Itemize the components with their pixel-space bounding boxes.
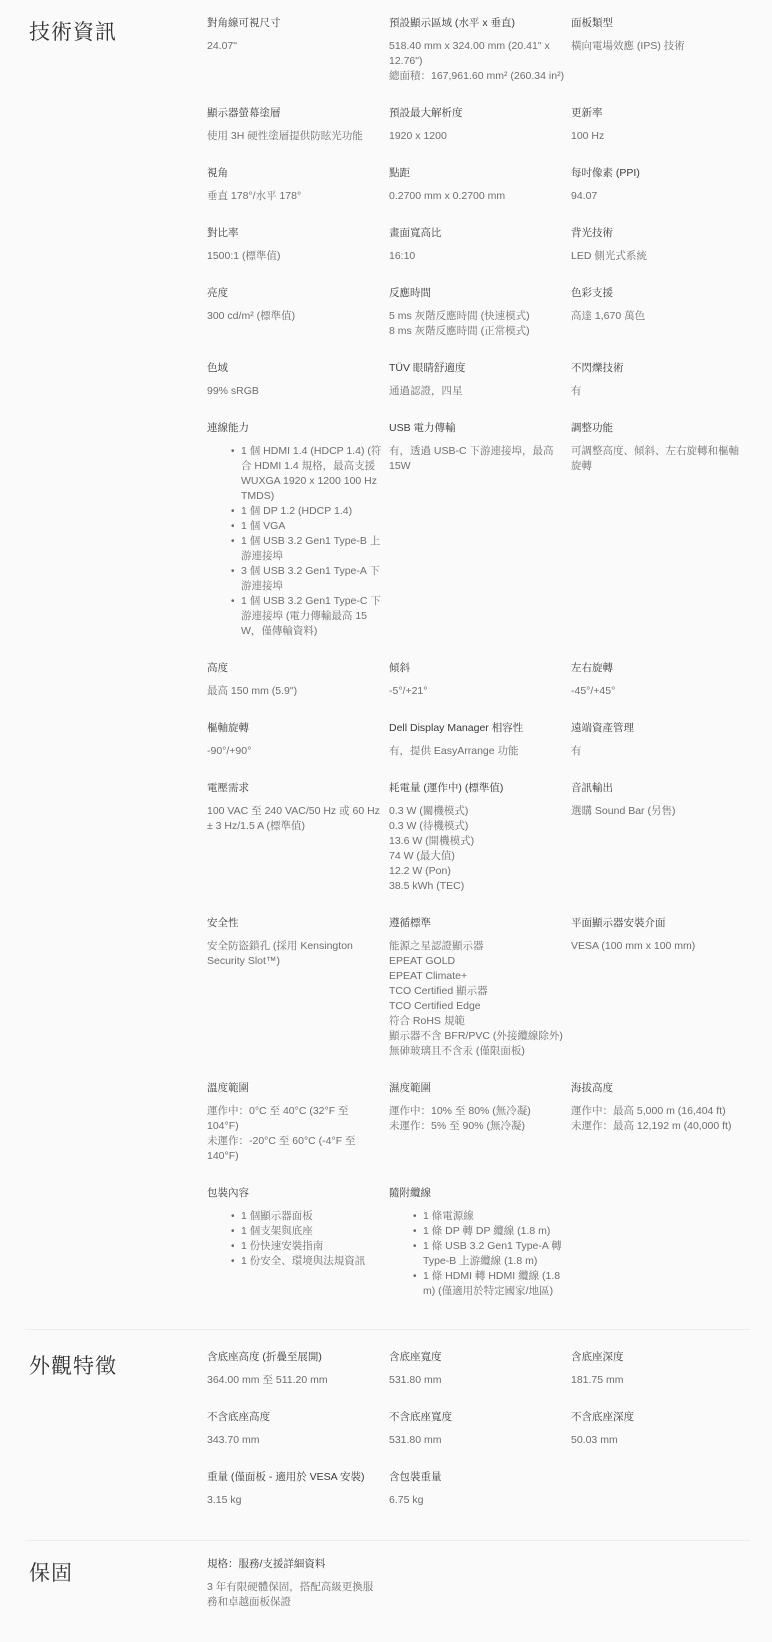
spec-label: 傾斜	[389, 661, 565, 676]
spec-value: 3.15 kg	[207, 1493, 383, 1508]
section-title: 保固	[25, 1541, 207, 1642]
spec-label: 音訊輸出	[571, 781, 747, 796]
spec-item: 包裝內容1 個顯示器面板1 個支架與底座1 份快速安裝指南1 份安全、環境與法規…	[207, 1186, 383, 1321]
spec-value-line: 1920 x 1200	[389, 129, 565, 144]
spec-value-line: 531.80 mm	[389, 1433, 565, 1448]
spec-value: 16:10	[389, 249, 565, 264]
spec-label: 含包裝重量	[389, 1470, 565, 1485]
spec-value-bullet: 1 個支架與底座	[231, 1224, 383, 1239]
spec-label: 不閃爍技術	[571, 361, 747, 376]
spec-value-line: 符合 RoHS 規範	[389, 1014, 565, 1029]
spec-item: 含底座深度181.75 mm	[571, 1350, 747, 1410]
spec-label: 濕度範圍	[389, 1081, 565, 1096]
spec-item: 溫度範圍運作中：0°C 至 40°C (32°F 至 104°F)未運作：-20…	[207, 1081, 383, 1186]
spec-item: 傾斜-5°/+21°	[389, 661, 565, 721]
spec-item: 色域99% sRGB	[207, 361, 383, 421]
spec-item: 濕度範圍運作中：10% 至 80% (無冷凝)未運作：5% 至 90% (無冷凝…	[389, 1081, 565, 1186]
spec-value: 橫向電場效應 (IPS) 技術	[571, 39, 747, 54]
spec-value-bullet: 1 份安全、環境與法規資訊	[231, 1254, 383, 1269]
spec-label: 耗電量 (運作中) (標準值)	[389, 781, 565, 796]
spec-value-line: 垂直 178°/水平 178°	[207, 189, 383, 204]
spec-value-line: 99% sRGB	[207, 384, 383, 399]
spec-item: 面板類型橫向電場效應 (IPS) 技術	[571, 16, 747, 106]
spec-value-line: 300 cd/m² (標準值)	[207, 309, 383, 324]
spec-item: 顯示器螢幕塗層使用 3H 硬性塗層提供防眩光功能	[207, 106, 383, 166]
spec-item: 更新率100 Hz	[571, 106, 747, 166]
spec-value-line: 364.00 mm 至 511.20 mm	[207, 1373, 383, 1388]
spec-label: 調整功能	[571, 421, 747, 436]
spec-value-line: 未運作：5% 至 90% (無冷凝)	[389, 1119, 565, 1134]
spec-item: 調整功能可調整高度、傾斜、左右旋轉和樞軸旋轉	[571, 421, 747, 661]
spec-value: 可調整高度、傾斜、左右旋轉和樞軸旋轉	[571, 444, 747, 474]
spec-item: 音訊輸出選購 Sound Bar (另售)	[571, 781, 747, 916]
spec-label: 連線能力	[207, 421, 383, 436]
spec-value-line: 無砷玻璃且不含汞 (僅限面板)	[389, 1044, 565, 1059]
spec-item: 電壓需求100 VAC 至 240 VAC/50 Hz 或 60 Hz ± 3 …	[207, 781, 383, 916]
spec-value-line: 1500:1 (標準值)	[207, 249, 383, 264]
spec-value-line: 總面積：167,961.60 mm² (260.34 in²)	[389, 69, 565, 84]
spec-value-line: 安全防盜鎖孔 (採用 Kensington Security Slot™)	[207, 939, 383, 969]
spec-value: 有	[571, 744, 747, 759]
spec-item: 預設最大解析度1920 x 1200	[389, 106, 565, 166]
spec-item: 不含底座深度50.03 mm	[571, 1410, 747, 1470]
spec-value-line: 531.80 mm	[389, 1373, 565, 1388]
spec-item: 連線能力1 個 HDMI 1.4 (HDCP 1.4) (符合 HDMI 1.4…	[207, 421, 383, 661]
spec-value-line: 有	[571, 744, 747, 759]
spec-value: 518.40 mm x 324.00 mm (20.41" x 12.76")總…	[389, 39, 565, 84]
spec-label: 電壓需求	[207, 781, 383, 796]
spec-value-bullet: 1 條 USB 3.2 Gen1 Type-A 轉 Type-B 上游纜線 (1…	[413, 1239, 565, 1269]
spec-value: 99% sRGB	[207, 384, 383, 399]
spec-label: 對角線可視尺寸	[207, 16, 383, 31]
spec-label: 不含底座深度	[571, 1410, 747, 1425]
spec-label: 重量 (僅面板 - 適用於 VESA 安裝)	[207, 1470, 383, 1485]
spec-value: 有，透過 USB-C 下游連接埠，最高 15W	[389, 444, 565, 474]
spec-value-line: 16:10	[389, 249, 565, 264]
spec-label: 含底座高度 (折疊至展開)	[207, 1350, 383, 1365]
spec-item: Dell Display Manager 相容性有，提供 EasyArrange…	[389, 721, 565, 781]
spec-value-bullet: 3 個 USB 3.2 Gen1 Type-A 下游連接埠	[231, 564, 383, 594]
spec-item: 隨附纜線1 條電源線1 條 DP 轉 DP 纜線 (1.8 m)1 條 USB …	[389, 1186, 565, 1321]
spec-value-line: -90°/+90°	[207, 744, 383, 759]
spec-item: TÜV 眼睛舒適度通過認證，四星	[389, 361, 565, 421]
spec-value: 運作中：最高 5,000 m (16,404 ft)未運作：最高 12,192 …	[571, 1104, 747, 1134]
spec-value-line: 74 W (最大值)	[389, 849, 565, 864]
spec-value: 垂直 178°/水平 178°	[207, 189, 383, 204]
spec-label: 亮度	[207, 286, 383, 301]
spec-value-bullet: 1 份快速安裝指南	[231, 1239, 383, 1254]
spec-value-line: 24.07"	[207, 39, 383, 54]
spec-value: 300 cd/m² (標準值)	[207, 309, 383, 324]
spec-value-bullet: 1 個 USB 3.2 Gen1 Type-C 下游連接埠 (電力傳輸最高 15…	[231, 594, 383, 639]
spec-value: LED 側光式系統	[571, 249, 747, 264]
spec-value: -5°/+21°	[389, 684, 565, 699]
spec-value: 選購 Sound Bar (另售)	[571, 804, 747, 819]
spec-label: 安全性	[207, 916, 383, 931]
spec-item: 遠端資產管理有	[571, 721, 747, 781]
spec-item: 安全性安全防盜鎖孔 (採用 Kensington Security Slot™)	[207, 916, 383, 1081]
spec-value-list: 1 條電源線1 條 DP 轉 DP 纜線 (1.8 m)1 條 USB 3.2 …	[389, 1209, 565, 1299]
spec-value-line: 未運作：最高 12,192 m (40,000 ft)	[571, 1119, 747, 1134]
spec-label: 更新率	[571, 106, 747, 121]
spec-value-line: 可調整高度、傾斜、左右旋轉和樞軸旋轉	[571, 444, 747, 474]
spec-value: 531.80 mm	[389, 1433, 565, 1448]
spec-value: 1500:1 (標準值)	[207, 249, 383, 264]
spec-item: 反應時間5 ms 灰階反應時間 (快速模式)8 ms 灰階反應時間 (正常模式)	[389, 286, 565, 361]
spec-value-line: -45°/+45°	[571, 684, 747, 699]
spec-label: 面板類型	[571, 16, 747, 31]
spec-value-line: 有	[571, 384, 747, 399]
spec-value: 0.2700 mm x 0.2700 mm	[389, 189, 565, 204]
spec-value-bullet: 1 條 HDMI 轉 HDMI 纜線 (1.8 m) (僅適用於特定國家/地區)	[413, 1269, 565, 1299]
spec-label: 平面顯示器安裝介面	[571, 916, 747, 931]
spec-value-line: 518.40 mm x 324.00 mm (20.41" x 12.76")	[389, 39, 565, 69]
spec-label: 海拔高度	[571, 1081, 747, 1096]
spec-value-line: 181.75 mm	[571, 1373, 747, 1388]
spec-item: 左右旋轉-45°/+45°	[571, 661, 747, 721]
spec-value: 安全防盜鎖孔 (採用 Kensington Security Slot™)	[207, 939, 383, 969]
spec-value: 24.07"	[207, 39, 383, 54]
spec-label: 反應時間	[389, 286, 565, 301]
spec-value-list: 1 個 HDMI 1.4 (HDCP 1.4) (符合 HDMI 1.4 規格，…	[207, 444, 383, 639]
spec-item: 平面顯示器安裝介面VESA (100 mm x 100 mm)	[571, 916, 747, 1081]
spec-label: 不含底座寬度	[389, 1410, 565, 1425]
spec-value-line: 運作中：0°C 至 40°C (32°F 至 104°F)	[207, 1104, 383, 1134]
spec-value-line: 38.5 kWh (TEC)	[389, 879, 565, 894]
spec-value-line: 選購 Sound Bar (另售)	[571, 804, 747, 819]
section-warranty: 保固 規格：服務/支援詳細資料3 年有限硬體保固，搭配高級更換服務和卓越面板保證	[25, 1541, 750, 1642]
spec-label: 含底座寬度	[389, 1350, 565, 1365]
spec-value-line: -5°/+21°	[389, 684, 565, 699]
section-tech-specs: 技術資訊 對角線可視尺寸24.07"預設顯示區域 (水平 x 垂直)518.40…	[25, 0, 750, 1330]
spec-label: 含底座深度	[571, 1350, 747, 1365]
spec-value: 有	[571, 384, 747, 399]
spec-item: 含底座寬度531.80 mm	[389, 1350, 565, 1410]
spec-item: 遵循標準能源之星認證顯示器EPEAT GOLDEPEAT Climate+TCO…	[389, 916, 565, 1081]
spec-value-line: 100 Hz	[571, 129, 747, 144]
spec-value: -45°/+45°	[571, 684, 747, 699]
spec-value: 100 VAC 至 240 VAC/50 Hz 或 60 Hz ± 3 Hz/1…	[207, 804, 383, 834]
section-physical: 外觀特徵 含底座高度 (折疊至展開)364.00 mm 至 511.20 mm含…	[25, 1330, 750, 1541]
spec-value-line: 顯示器不含 BFR/PVC (外接纜線除外)	[389, 1029, 565, 1044]
spec-label: 樞軸旋轉	[207, 721, 383, 736]
spec-item: 含包裝重量6.75 kg	[389, 1470, 565, 1530]
spec-value-bullet: 1 條 DP 轉 DP 纜線 (1.8 m)	[413, 1224, 565, 1239]
spec-item: 重量 (僅面板 - 適用於 VESA 安裝)3.15 kg	[207, 1470, 383, 1530]
spec-item: 色彩支援高達 1,670 萬色	[571, 286, 747, 361]
section-title: 外觀特徵	[25, 1334, 207, 1540]
spec-item: 海拔高度運作中：最高 5,000 m (16,404 ft)未運作：最高 12,…	[571, 1081, 747, 1186]
spec-value-line: 3 年有限硬體保固，搭配高級更換服務和卓越面板保證	[207, 1580, 383, 1610]
spec-value-line: 運作中：最高 5,000 m (16,404 ft)	[571, 1104, 747, 1119]
spec-value-line: 8 ms 灰階反應時間 (正常模式)	[389, 324, 565, 339]
spec-value-line: 能源之星認證顯示器	[389, 939, 565, 954]
spec-page: 技術資訊 對角線可視尺寸24.07"預設顯示區域 (水平 x 垂直)518.40…	[0, 0, 772, 1642]
spec-value: 181.75 mm	[571, 1373, 747, 1388]
spec-item: 視角垂直 178°/水平 178°	[207, 166, 383, 226]
spec-label: 隨附纜線	[389, 1186, 565, 1201]
spec-value: 343.70 mm	[207, 1433, 383, 1448]
spec-item: 含底座高度 (折疊至展開)364.00 mm 至 511.20 mm	[207, 1350, 383, 1410]
spec-value-line: VESA (100 mm x 100 mm)	[571, 939, 747, 954]
spec-item: 耗電量 (運作中) (標準值)0.3 W (關機模式)0.3 W (待機模式)1…	[389, 781, 565, 916]
spec-label: 對比率	[207, 226, 383, 241]
spec-item: 不含底座高度343.70 mm	[207, 1410, 383, 1470]
spec-item: 亮度300 cd/m² (標準值)	[207, 286, 383, 361]
spec-item: 每吋像素 (PPI)94.07	[571, 166, 747, 226]
spec-item: 規格：服務/支援詳細資料3 年有限硬體保固，搭配高級更換服務和卓越面板保證	[207, 1557, 383, 1632]
spec-value: 100 Hz	[571, 129, 747, 144]
spec-item: 不含底座寬度531.80 mm	[389, 1410, 565, 1470]
spec-grid: 規格：服務/支援詳細資料3 年有限硬體保固，搭配高級更換服務和卓越面板保證	[207, 1541, 750, 1642]
spec-value: -90°/+90°	[207, 744, 383, 759]
spec-value-line: 使用 3H 硬性塗層提供防眩光功能	[207, 129, 383, 144]
spec-value-line: 未運作：-20°C 至 60°C (-4°F 至 140°F)	[207, 1134, 383, 1164]
spec-item: 樞軸旋轉-90°/+90°	[207, 721, 383, 781]
spec-grid: 對角線可視尺寸24.07"預設顯示區域 (水平 x 垂直)518.40 mm x…	[207, 0, 750, 1329]
spec-value-line: 有，提供 EasyArrange 功能	[389, 744, 565, 759]
spec-value: 94.07	[571, 189, 747, 204]
spec-label: 遠端資產管理	[571, 721, 747, 736]
spec-label: 點距	[389, 166, 565, 181]
spec-value-bullet: 1 個 DP 1.2 (HDCP 1.4)	[231, 504, 383, 519]
spec-item: 不閃爍技術有	[571, 361, 747, 421]
spec-value-line: 343.70 mm	[207, 1433, 383, 1448]
spec-value: 0.3 W (關機模式)0.3 W (待機模式)13.6 W (開機模式)74 …	[389, 804, 565, 894]
spec-value: 有，提供 EasyArrange 功能	[389, 744, 565, 759]
spec-value-line: 0.3 W (待機模式)	[389, 819, 565, 834]
spec-value-line: 100 VAC 至 240 VAC/50 Hz 或 60 Hz ± 3 Hz/1…	[207, 804, 383, 834]
spec-label: 顯示器螢幕塗層	[207, 106, 383, 121]
spec-label: 預設顯示區域 (水平 x 垂直)	[389, 16, 565, 31]
spec-value-bullet: 1 個顯示器面板	[231, 1209, 383, 1224]
spec-value: 最高 150 mm (5.9")	[207, 684, 383, 699]
spec-value-line: 運作中：10% 至 80% (無冷凝)	[389, 1104, 565, 1119]
section-title: 技術資訊	[25, 0, 207, 1329]
spec-value: 364.00 mm 至 511.20 mm	[207, 1373, 383, 1388]
spec-value: 運作中：10% 至 80% (無冷凝)未運作：5% 至 90% (無冷凝)	[389, 1104, 565, 1134]
spec-value: 能源之星認證顯示器EPEAT GOLDEPEAT Climate+TCO Cer…	[389, 939, 565, 1059]
spec-grid: 含底座高度 (折疊至展開)364.00 mm 至 511.20 mm含底座寬度5…	[207, 1334, 750, 1540]
spec-value-line: EPEAT GOLD	[389, 954, 565, 969]
spec-label: 畫面寬高比	[389, 226, 565, 241]
spec-value-line: TCO Certified Edge	[389, 999, 565, 1014]
spec-value-line: 通過認證，四星	[389, 384, 565, 399]
spec-value: VESA (100 mm x 100 mm)	[571, 939, 747, 954]
spec-label: USB 電力傳輸	[389, 421, 565, 436]
spec-value-bullet: 1 個 HDMI 1.4 (HDCP 1.4) (符合 HDMI 1.4 規格，…	[231, 444, 383, 504]
spec-item: 對角線可視尺寸24.07"	[207, 16, 383, 106]
spec-value: 運作中：0°C 至 40°C (32°F 至 104°F)未運作：-20°C 至…	[207, 1104, 383, 1164]
spec-label: 規格：服務/支援詳細資料	[207, 1557, 383, 1572]
spec-item: 預設顯示區域 (水平 x 垂直)518.40 mm x 324.00 mm (2…	[389, 16, 565, 106]
spec-label: 每吋像素 (PPI)	[571, 166, 747, 181]
spec-label: 不含底座高度	[207, 1410, 383, 1425]
spec-value-line: 0.2700 mm x 0.2700 mm	[389, 189, 565, 204]
spec-label: 遵循標準	[389, 916, 565, 931]
spec-label: 視角	[207, 166, 383, 181]
spec-value-line: LED 側光式系統	[571, 249, 747, 264]
spec-label: 預設最大解析度	[389, 106, 565, 121]
spec-item: 高度最高 150 mm (5.9")	[207, 661, 383, 721]
spec-value: 50.03 mm	[571, 1433, 747, 1448]
spec-value-line: 高達 1,670 萬色	[571, 309, 747, 324]
spec-value: 6.75 kg	[389, 1493, 565, 1508]
spec-label: TÜV 眼睛舒適度	[389, 361, 565, 376]
spec-value: 5 ms 灰階反應時間 (快速模式)8 ms 灰階反應時間 (正常模式)	[389, 309, 565, 339]
spec-label: 溫度範圍	[207, 1081, 383, 1096]
spec-label: 高度	[207, 661, 383, 676]
spec-value: 通過認證，四星	[389, 384, 565, 399]
spec-value: 3 年有限硬體保固，搭配高級更換服務和卓越面板保證	[207, 1580, 383, 1610]
spec-value-line: 13.6 W (開機模式)	[389, 834, 565, 849]
spec-value-line: 3.15 kg	[207, 1493, 383, 1508]
spec-label: 包裝內容	[207, 1186, 383, 1201]
spec-value-line: 橫向電場效應 (IPS) 技術	[571, 39, 747, 54]
spec-label: 色彩支援	[571, 286, 747, 301]
spec-label: 背光技術	[571, 226, 747, 241]
spec-item: 背光技術LED 側光式系統	[571, 226, 747, 286]
spec-value-line: 6.75 kg	[389, 1493, 565, 1508]
spec-value-line: 12.2 W (Pon)	[389, 864, 565, 879]
spec-value-line: 0.3 W (關機模式)	[389, 804, 565, 819]
spec-item: USB 電力傳輸有，透過 USB-C 下游連接埠，最高 15W	[389, 421, 565, 661]
spec-item: 對比率1500:1 (標準值)	[207, 226, 383, 286]
spec-value-line: TCO Certified 顯示器	[389, 984, 565, 999]
spec-value: 使用 3H 硬性塗層提供防眩光功能	[207, 129, 383, 144]
spec-value-line: 有，透過 USB-C 下游連接埠，最高 15W	[389, 444, 565, 474]
spec-value-bullet: 1 個 VGA	[231, 519, 383, 534]
spec-item: 畫面寬高比16:10	[389, 226, 565, 286]
spec-value-line: 5 ms 灰階反應時間 (快速模式)	[389, 309, 565, 324]
spec-label: 色域	[207, 361, 383, 376]
spec-value-line: 50.03 mm	[571, 1433, 747, 1448]
spec-item: 點距0.2700 mm x 0.2700 mm	[389, 166, 565, 226]
spec-value: 1920 x 1200	[389, 129, 565, 144]
spec-value-list: 1 個顯示器面板1 個支架與底座1 份快速安裝指南1 份安全、環境與法規資訊	[207, 1209, 383, 1269]
spec-label: Dell Display Manager 相容性	[389, 721, 565, 736]
spec-label: 左右旋轉	[571, 661, 747, 676]
spec-value-line: EPEAT Climate+	[389, 969, 565, 984]
spec-value-bullet: 1 個 USB 3.2 Gen1 Type-B 上游連接埠	[231, 534, 383, 564]
spec-value-line: 最高 150 mm (5.9")	[207, 684, 383, 699]
spec-value-line: 94.07	[571, 189, 747, 204]
spec-value: 高達 1,670 萬色	[571, 309, 747, 324]
spec-value-bullet: 1 條電源線	[413, 1209, 565, 1224]
spec-value: 531.80 mm	[389, 1373, 565, 1388]
